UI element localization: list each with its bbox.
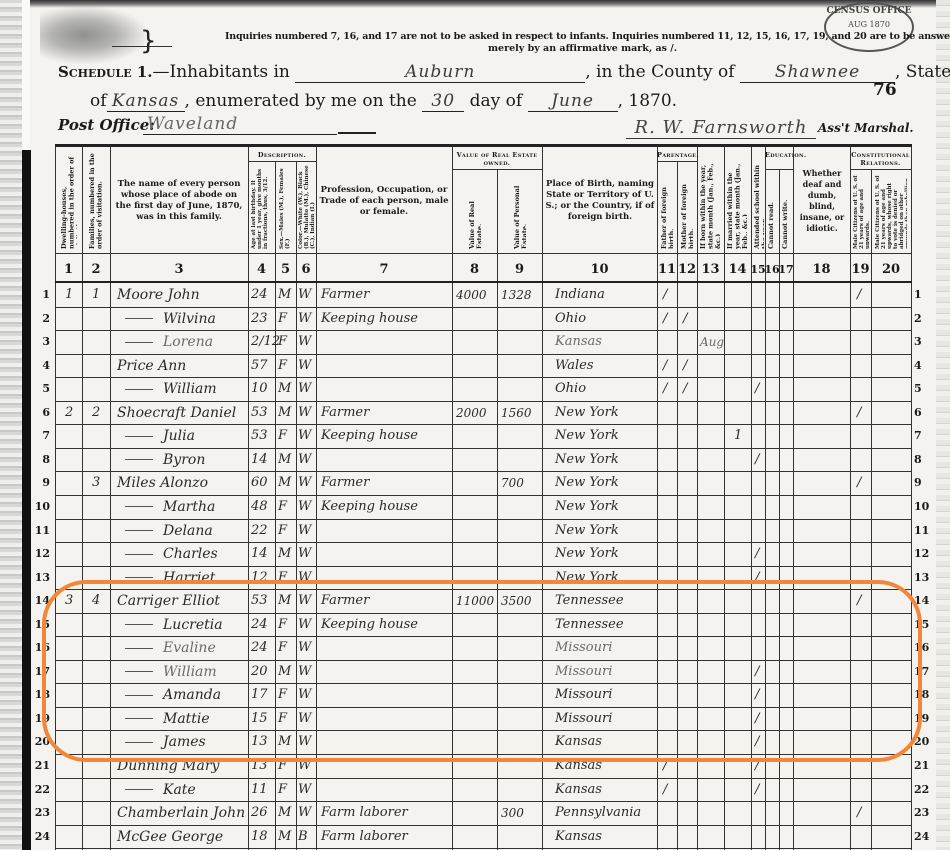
line-number-right: 6 xyxy=(914,406,936,419)
name-cell: Amanda xyxy=(125,687,221,703)
line-number-right: 2 xyxy=(914,312,936,325)
father-foreign-cell: / xyxy=(663,311,667,327)
header-age: Age at last birthday. If under 1 year, g… xyxy=(251,165,273,249)
header-occupation: Profession, Occupation, or Trade of each… xyxy=(319,151,449,251)
line-number-left: 7 xyxy=(28,429,50,442)
father-foreign-cell: / xyxy=(663,358,667,374)
row-line xyxy=(55,636,912,637)
colnum-3: 3 xyxy=(110,256,248,282)
school-cell: / xyxy=(755,711,759,727)
occupation-cell: Farm laborer xyxy=(321,805,408,821)
header-dwelling: Dwelling-houses, numbered in the order o… xyxy=(61,153,77,249)
colnum-8: 8 xyxy=(452,256,497,282)
color-cell: W xyxy=(298,711,311,727)
post-office-label: Post Office: xyxy=(58,116,155,134)
parentage-group-line xyxy=(657,161,697,162)
line-number-right: 24 xyxy=(914,830,936,843)
color-cell: W xyxy=(298,617,311,633)
birthplace-cell: New York xyxy=(555,428,619,444)
census-office-stamp: CENSUS OFFICE AUG 1870 xyxy=(824,2,914,52)
school-cell: / xyxy=(755,570,759,586)
schedule-label: Schedule 1. xyxy=(58,63,153,81)
header-cannot-read: Cannot read. xyxy=(768,175,778,249)
sex-cell: M xyxy=(278,734,291,750)
marshal-label: Ass't Marshal. xyxy=(818,121,914,135)
scan-edge xyxy=(0,0,22,850)
line-number-right: 3 xyxy=(914,335,936,348)
colnum-6: 6 xyxy=(296,256,316,282)
occupation-cell: Keeping house xyxy=(321,311,418,327)
year-label: , 1870. xyxy=(618,91,677,111)
occupation-cell: Farmer xyxy=(321,475,369,491)
age-cell: 2/12 xyxy=(251,334,280,350)
birthplace-cell: Kansas xyxy=(555,829,602,845)
age-cell: 24 xyxy=(251,287,268,303)
occupation-cell: Keeping house xyxy=(321,617,418,633)
line-number-left: 12 xyxy=(28,547,50,560)
row-line xyxy=(55,660,912,661)
sex-cell: F xyxy=(278,358,287,374)
line-number-right: 18 xyxy=(914,688,936,701)
name-cell: Wilvina xyxy=(125,311,216,327)
row-line xyxy=(55,448,912,449)
row-line xyxy=(55,401,912,402)
line-number-left: 24 xyxy=(28,830,50,843)
value-group-header: Value of Real Estate owned. xyxy=(452,151,542,167)
line-number-left: 15 xyxy=(28,618,50,631)
colnum-7: 7 xyxy=(316,256,452,282)
row-line xyxy=(55,424,912,425)
color-cell: W xyxy=(298,664,311,680)
page-number: 76 xyxy=(873,80,897,100)
sex-cell: F xyxy=(278,711,287,727)
father-foreign-cell: / xyxy=(663,758,667,774)
colnum-16: 16 xyxy=(765,256,779,282)
line-number-right: 19 xyxy=(914,712,936,725)
birthplace-cell: Tennessee xyxy=(555,593,624,609)
mother-foreign-cell: / xyxy=(683,381,687,397)
real-estate-cell: 2000 xyxy=(456,405,487,421)
month-field: June xyxy=(528,91,618,112)
occupation-cell: Keeping house xyxy=(321,499,418,515)
enumeration-line: ofKansas, enumerated by me on the 30 day… xyxy=(90,91,677,112)
colnum-17: 17 xyxy=(779,256,793,282)
inquiry-note-2: merely by an affirmative mark, as /. xyxy=(488,43,677,54)
line-number-left: 22 xyxy=(28,783,50,796)
name-cell: William xyxy=(125,664,217,680)
birthplace-cell: New York xyxy=(555,499,619,515)
county-label: , in the County of xyxy=(585,62,734,82)
line-number-right: 17 xyxy=(914,665,936,678)
post-office-field: Waveland xyxy=(143,114,337,135)
enumerated-label: , enumerated by me on the xyxy=(185,91,417,111)
header-bottom-line xyxy=(55,253,912,254)
row-line xyxy=(55,542,912,543)
sex-cell: F xyxy=(278,428,287,444)
birthplace-cell: New York xyxy=(555,405,619,421)
sex-cell: F xyxy=(278,758,287,774)
school-cell: / xyxy=(755,664,759,680)
colnum-11: 11 xyxy=(657,256,677,282)
line-number-right: 9 xyxy=(914,476,936,489)
header-color: Color.—White (W.), Black (B.), Mulatto (… xyxy=(298,165,315,249)
birthplace-cell: Kansas xyxy=(555,782,602,798)
marshal-signature: R. W. Farnsworth xyxy=(626,117,816,139)
sex-cell: M xyxy=(278,593,291,609)
color-cell: W xyxy=(298,358,311,374)
header-birthplace: Place of Birth, naming State or Territor… xyxy=(544,151,656,251)
birthplace-cell: Wales xyxy=(555,358,594,374)
row-line xyxy=(55,377,912,378)
colnum-15: 15 xyxy=(751,256,765,282)
birthplace-cell: Tennessee xyxy=(555,617,624,633)
color-cell: W xyxy=(298,687,311,703)
colnum-10: 10 xyxy=(542,256,657,282)
line-number-left: 19 xyxy=(28,712,50,725)
row-line xyxy=(55,471,912,472)
name-cell: Harriet xyxy=(125,570,215,586)
header-sex: Sex.—Males (M.), Females (F.) xyxy=(279,165,293,249)
header-real-estate: Value of Real Estate. xyxy=(469,175,481,249)
birthplace-cell: Pennsylvania xyxy=(555,805,641,821)
name-cell: Moore John xyxy=(117,287,200,303)
row-line xyxy=(55,730,912,731)
post-office-dash xyxy=(338,132,376,134)
name-cell: Lorena xyxy=(125,334,213,350)
row-line xyxy=(55,613,912,614)
sex-cell: F xyxy=(278,499,287,515)
birthplace-cell: New York xyxy=(555,570,619,586)
header-male-citizen: Male Citizens of U. S. of 21 years of ag… xyxy=(853,175,869,249)
line-number-right: 4 xyxy=(914,359,936,372)
row-line xyxy=(55,330,912,331)
color-cell: W xyxy=(298,593,311,609)
birthplace-cell: Kansas xyxy=(555,758,602,774)
row-line xyxy=(55,754,912,755)
color-cell: W xyxy=(298,381,311,397)
line-number-left: 14 xyxy=(28,594,50,607)
occupation-cell: Farm laborer xyxy=(321,829,408,845)
line-number-right: 8 xyxy=(914,453,936,466)
birthplace-cell: Missouri xyxy=(555,711,612,727)
header-name: The name of every person whose place of … xyxy=(113,151,245,251)
age-cell: 22 xyxy=(251,523,268,539)
line-number-left: 5 xyxy=(28,382,50,395)
sex-cell: M xyxy=(278,664,291,680)
stamp-date: AUG 1870 xyxy=(826,18,912,32)
value-group-line xyxy=(452,169,542,170)
line-number-right: 12 xyxy=(914,547,936,560)
birthplace-cell: Ohio xyxy=(555,311,586,327)
color-cell: W xyxy=(298,734,311,750)
name-cell: Lucretia xyxy=(125,617,223,633)
name-cell: Byron xyxy=(125,452,205,468)
education-group-header: Education. xyxy=(765,151,793,159)
age-cell: 53 xyxy=(251,428,268,444)
father-foreign-cell: / xyxy=(663,782,667,798)
age-cell: 11 xyxy=(251,782,268,798)
line-number-left: 20 xyxy=(28,735,50,748)
age-cell: 60 xyxy=(251,475,268,491)
color-cell: W xyxy=(298,805,311,821)
sex-cell: F xyxy=(278,570,287,586)
header-family: Families, numbered in the order of visit… xyxy=(89,153,105,249)
family-cell: 3 xyxy=(92,475,100,491)
colnum-12: 12 xyxy=(677,256,697,282)
color-cell: W xyxy=(298,758,311,774)
color-cell: B xyxy=(298,829,308,845)
personal-estate-cell: 3500 xyxy=(501,593,532,609)
citizen-cell: / xyxy=(857,593,861,609)
line-number-right: 5 xyxy=(914,382,936,395)
line-number-right: 10 xyxy=(914,500,936,513)
birthplace-cell: Missouri xyxy=(555,664,612,680)
row-line xyxy=(55,495,912,496)
header-school: Attended school within the year. xyxy=(754,153,764,249)
sex-cell: F xyxy=(278,311,287,327)
color-cell: W xyxy=(298,287,311,303)
colnum-19: 19 xyxy=(850,256,871,282)
color-cell: W xyxy=(298,475,311,491)
line-number-right: 13 xyxy=(914,571,936,584)
row-line xyxy=(55,354,912,355)
age-cell: 14 xyxy=(251,452,268,468)
age-cell: 24 xyxy=(251,640,268,656)
school-cell: / xyxy=(755,381,759,397)
header-father-foreign: Father of foreign birth. xyxy=(661,167,673,249)
birthplace-cell: New York xyxy=(555,475,619,491)
sex-cell: F xyxy=(278,334,287,350)
school-cell: / xyxy=(755,734,759,750)
sex-cell: M xyxy=(278,475,291,491)
dwelling-cell: 2 xyxy=(65,405,73,421)
census-grid: Description. Value of Real Estate owned.… xyxy=(55,147,912,850)
line-number-right: 1 xyxy=(914,288,936,301)
sex-cell: F xyxy=(278,617,287,633)
real-estate-cell: 4000 xyxy=(456,287,487,303)
dwelling-cell: 3 xyxy=(65,593,73,609)
line-number-right: 21 xyxy=(914,759,936,772)
citizen-cell: / xyxy=(857,405,861,421)
line-number-left: 10 xyxy=(28,500,50,513)
age-cell: 15 xyxy=(251,711,268,727)
line-number-left: 23 xyxy=(28,806,50,819)
colnum-2: 2 xyxy=(82,256,110,282)
family-cell: 2 xyxy=(92,405,100,421)
age-cell: 57 xyxy=(251,358,268,374)
school-cell: / xyxy=(755,452,759,468)
color-cell: W xyxy=(298,640,311,656)
age-cell: 17 xyxy=(251,687,268,703)
occupation-cell: Farmer xyxy=(321,593,369,609)
school-cell: / xyxy=(755,546,759,562)
color-cell: W xyxy=(298,311,311,327)
birthplace-cell: Kansas xyxy=(555,334,602,350)
name-cell: Carriger Elliot xyxy=(117,593,220,609)
birthplace-cell: New York xyxy=(555,523,619,539)
header-cannot-write: Cannot write. xyxy=(782,175,792,249)
schedule-line: Schedule 1.—Inhabitants in Auburn, in th… xyxy=(58,62,950,83)
family-cell: 4 xyxy=(92,593,100,609)
age-cell: 53 xyxy=(251,593,268,609)
age-cell: 20 xyxy=(251,664,268,680)
school-cell: / xyxy=(755,782,759,798)
sex-cell: M xyxy=(278,381,291,397)
school-cell: / xyxy=(755,687,759,703)
state-label: , State xyxy=(895,62,950,82)
name-cell: Miles Alonzo xyxy=(117,475,208,491)
county-field: Shawnee xyxy=(740,62,895,83)
line-number-left: 3 xyxy=(28,335,50,348)
line-number-right: 14 xyxy=(914,594,936,607)
father-foreign-cell: / xyxy=(663,287,667,303)
census-table: Description. Value of Real Estate owned.… xyxy=(55,144,912,850)
day-field: 30 xyxy=(422,91,464,112)
parentage-group-header: Parentage. xyxy=(657,151,697,159)
age-cell: 14 xyxy=(251,546,268,562)
personal-estate-cell: 1328 xyxy=(501,287,532,303)
line-number-left: 8 xyxy=(28,453,50,466)
color-cell: W xyxy=(298,499,311,515)
colnum-9: 9 xyxy=(497,256,542,282)
sex-cell: M xyxy=(278,829,291,845)
age-cell: 26 xyxy=(251,805,268,821)
school-cell: / xyxy=(755,758,759,774)
constitutional-group-line xyxy=(850,169,911,170)
sex-cell: F xyxy=(278,523,287,539)
citizen-cell: / xyxy=(857,805,861,821)
married-in-year-cell: 1 xyxy=(734,428,742,444)
color-cell: W xyxy=(298,546,311,562)
line-number-right: 23 xyxy=(914,806,936,819)
line-number-left: 17 xyxy=(28,665,50,678)
color-cell: W xyxy=(298,452,311,468)
mother-foreign-cell: / xyxy=(683,358,687,374)
birthplace-cell: Missouri xyxy=(555,640,612,656)
age-cell: 13 xyxy=(251,734,268,750)
color-cell: W xyxy=(298,782,311,798)
row-line xyxy=(55,778,912,779)
line-number-right: 20 xyxy=(914,735,936,748)
age-cell: 48 xyxy=(251,499,268,515)
line-number-right: 7 xyxy=(914,429,936,442)
row-line xyxy=(55,707,912,708)
name-cell: James xyxy=(125,734,206,750)
name-cell: Delana xyxy=(125,523,213,539)
name-cell: Evaline xyxy=(125,640,216,656)
personal-estate-cell: 300 xyxy=(501,805,524,821)
row-line xyxy=(55,801,912,802)
color-cell: W xyxy=(298,570,311,586)
colnum-20: 20 xyxy=(871,256,911,282)
damaged-corner xyxy=(40,5,150,65)
description-group-line xyxy=(248,161,316,162)
line-number-left: 18 xyxy=(28,688,50,701)
mother-foreign-cell: / xyxy=(683,311,687,327)
township-field: Auburn xyxy=(295,62,585,83)
color-cell: W xyxy=(298,334,311,350)
sex-cell: F xyxy=(278,782,287,798)
state-field: Kansas xyxy=(107,91,185,112)
sex-cell: M xyxy=(278,287,291,303)
of-label: of xyxy=(90,91,107,111)
inhabitants-label: —Inhabitants in xyxy=(153,62,290,82)
name-cell: Mattie xyxy=(125,711,210,727)
line-number-left: 6 xyxy=(28,406,50,419)
birthplace-cell: New York xyxy=(555,452,619,468)
citizen-cell: / xyxy=(857,287,861,303)
header-disability: Whether deaf and dumb, blind, insane, or… xyxy=(795,151,849,251)
row-line xyxy=(55,589,912,590)
sex-cell: F xyxy=(278,687,287,703)
row-line xyxy=(55,519,912,520)
name-cell: Julia xyxy=(125,428,195,444)
birthplace-cell: Ohio xyxy=(555,381,586,397)
header-married-in-year: If married within the year, state month … xyxy=(727,153,747,249)
name-cell: Dunning Mary xyxy=(117,758,219,774)
row-line xyxy=(55,825,912,826)
name-cell: Shoecraft Daniel xyxy=(117,405,236,421)
line-number-left: 4 xyxy=(28,359,50,372)
name-cell: Martha xyxy=(125,499,215,515)
age-cell: 13 xyxy=(251,758,268,774)
born-in-year-cell: Aug xyxy=(700,334,724,350)
scan-top-shadow xyxy=(30,0,950,8)
sex-cell: M xyxy=(278,452,291,468)
line-number-left: 16 xyxy=(28,641,50,654)
sex-cell: M xyxy=(278,805,291,821)
day-of-label: day of xyxy=(470,91,523,111)
colnum-1: 1 xyxy=(55,256,82,282)
line-number-right: 16 xyxy=(914,641,936,654)
line-number-right: 22 xyxy=(914,783,936,796)
family-cell: 1 xyxy=(92,287,100,303)
line-number-left: 2 xyxy=(28,312,50,325)
age-cell: 53 xyxy=(251,405,268,421)
line-number-left: 13 xyxy=(28,571,50,584)
line-number-left: 11 xyxy=(28,524,50,537)
row-line xyxy=(55,566,912,567)
age-cell: 12 xyxy=(251,570,268,586)
colnum-14: 14 xyxy=(724,256,751,282)
birthplace-cell: Missouri xyxy=(555,687,612,703)
row-line xyxy=(55,848,912,849)
occupation-cell: Farmer xyxy=(321,405,369,421)
dwelling-cell: 1 xyxy=(65,287,73,303)
color-cell: W xyxy=(298,428,311,444)
line-number-right: 15 xyxy=(914,618,936,631)
inquiry-note: Inquiries numbered 7, 16, and 17 are not… xyxy=(225,31,950,42)
age-cell: 23 xyxy=(251,311,268,327)
colnum-18: 18 xyxy=(793,256,850,282)
sex-cell: M xyxy=(278,546,291,562)
sex-cell: F xyxy=(278,640,287,656)
colnum-4: 4 xyxy=(248,256,275,282)
colnum-13: 13 xyxy=(697,256,724,282)
citizen-cell: / xyxy=(857,475,861,491)
line-number-right: 11 xyxy=(914,524,936,537)
scan-edge-right xyxy=(936,0,950,850)
description-group-header: Description. xyxy=(248,151,316,159)
line-number-left: 21 xyxy=(28,759,50,772)
colnum-5: 5 xyxy=(275,256,296,282)
name-cell: William xyxy=(125,381,217,397)
education-group-line xyxy=(765,169,793,170)
brace-icon: } xyxy=(140,26,157,56)
occupation-cell: Keeping house xyxy=(321,428,418,444)
color-cell: W xyxy=(298,523,311,539)
name-cell: Charles xyxy=(125,546,218,562)
